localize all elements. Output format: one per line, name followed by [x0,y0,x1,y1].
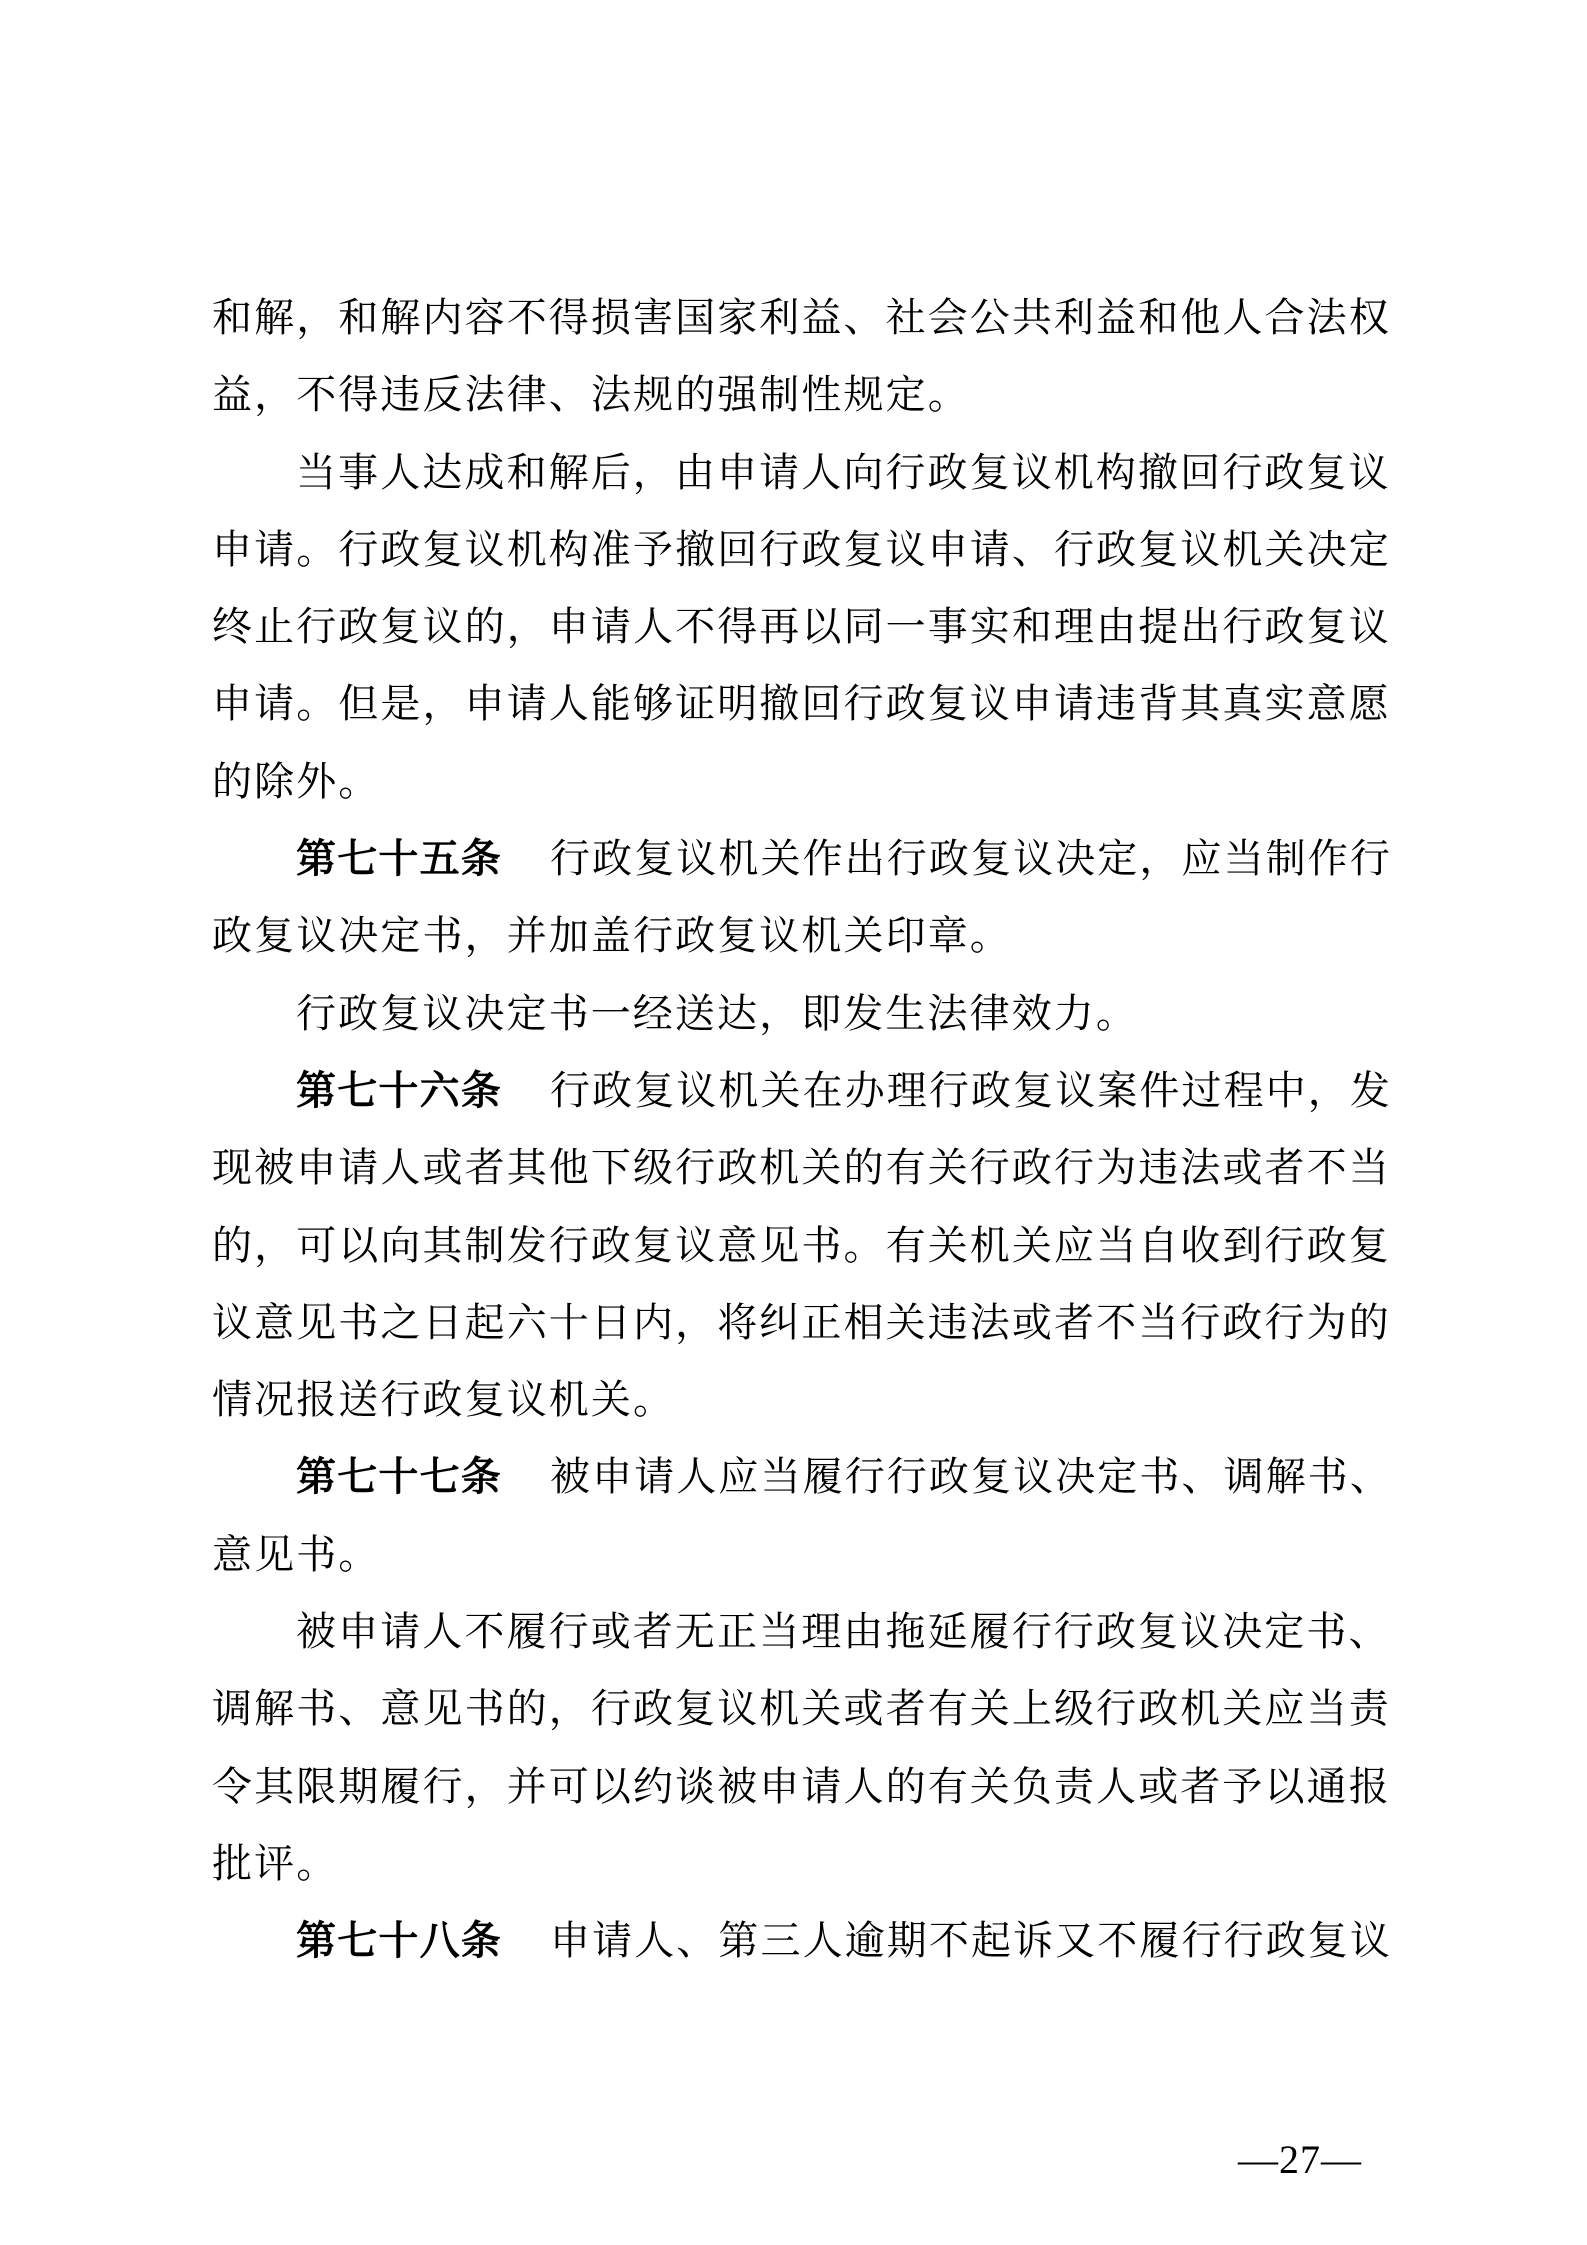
document-page: 和解，和解内容不得损害国家利益、社会公共利益和他人合法权 益，不得违反法律、法规… [0,0,1587,2245]
text-line: 行政复议决定书一经送达，即发生法律效力。 [212,975,1396,1052]
text-line: 和解，和解内容不得损害国家利益、社会公共利益和他人合法权 [212,279,1396,356]
text-line: 被申请人不履行或者无正当理由拖延履行行政复议决定书、 [212,1593,1396,1670]
text-line: 现被申请人或者其他下级行政机关的有关行政行为违法或者不当 [212,1129,1396,1206]
article-text: 行政复议机关在办理行政复议案件过程中，发 [550,1068,1392,1113]
article-heading-line: 第七十五条行政复议机关作出行政复议决定，应当制作行 [212,820,1396,897]
text-line: 的除外。 [212,743,1396,820]
text-line: 申请。行政复议机构准予撤回行政复议申请、行政复议机关决定 [212,511,1396,588]
text-line: 议意见书之日起六十日内，将纠正相关违法或者不当行政行为的 [212,1284,1396,1361]
text-line: 意见书。 [212,1516,1396,1593]
text-line: 申请。但是，申请人能够证明撤回行政复议申请违背其真实意愿 [212,665,1396,742]
article-text: 申请人、第三人逾期不起诉又不履行行政复议 [550,1918,1392,1963]
text-line: 调解书、意见书的，行政复议机关或者有关上级行政机关应当责 [212,1670,1396,1747]
law-text-block: 和解，和解内容不得损害国家利益、社会公共利益和他人合法权 益，不得违反法律、法规… [212,279,1396,1980]
article-text: 被申请人应当履行行政复议决定书、调解书、 [550,1454,1392,1499]
text-line: 当事人达成和解后，由申请人向行政复议机构撤回行政复议 [212,434,1396,511]
article-number: 第七十八条 [296,1918,502,1963]
article-heading-line: 第七十七条被申请人应当履行行政复议决定书、调解书、 [212,1438,1396,1515]
article-number: 第七十七条 [296,1454,502,1499]
page-number: —27— [1238,2136,1362,2184]
text-line: 的，可以向其制发行政复议意见书。有关机关应当自收到行政复 [212,1207,1396,1284]
article-number: 第七十六条 [296,1068,502,1113]
article-heading-line: 第七十八条申请人、第三人逾期不起诉又不履行行政复议 [212,1902,1396,1979]
text-line: 政复议决定书，并加盖行政复议机关印章。 [212,897,1396,974]
article-number: 第七十五条 [296,836,502,881]
text-line: 令其限期履行，并可以约谈被申请人的有关负责人或者予以通报 [212,1748,1396,1825]
text-line: 批评。 [212,1825,1396,1902]
article-heading-line: 第七十六条行政复议机关在办理行政复议案件过程中，发 [212,1052,1396,1129]
article-text: 行政复议机关作出行政复议决定，应当制作行 [550,836,1392,881]
text-line: 情况报送行政复议机关。 [212,1361,1396,1438]
text-line: 益，不得违反法律、法规的强制性规定。 [212,356,1396,433]
text-line: 终止行政复议的，申请人不得再以同一事实和理由提出行政复议 [212,588,1396,665]
